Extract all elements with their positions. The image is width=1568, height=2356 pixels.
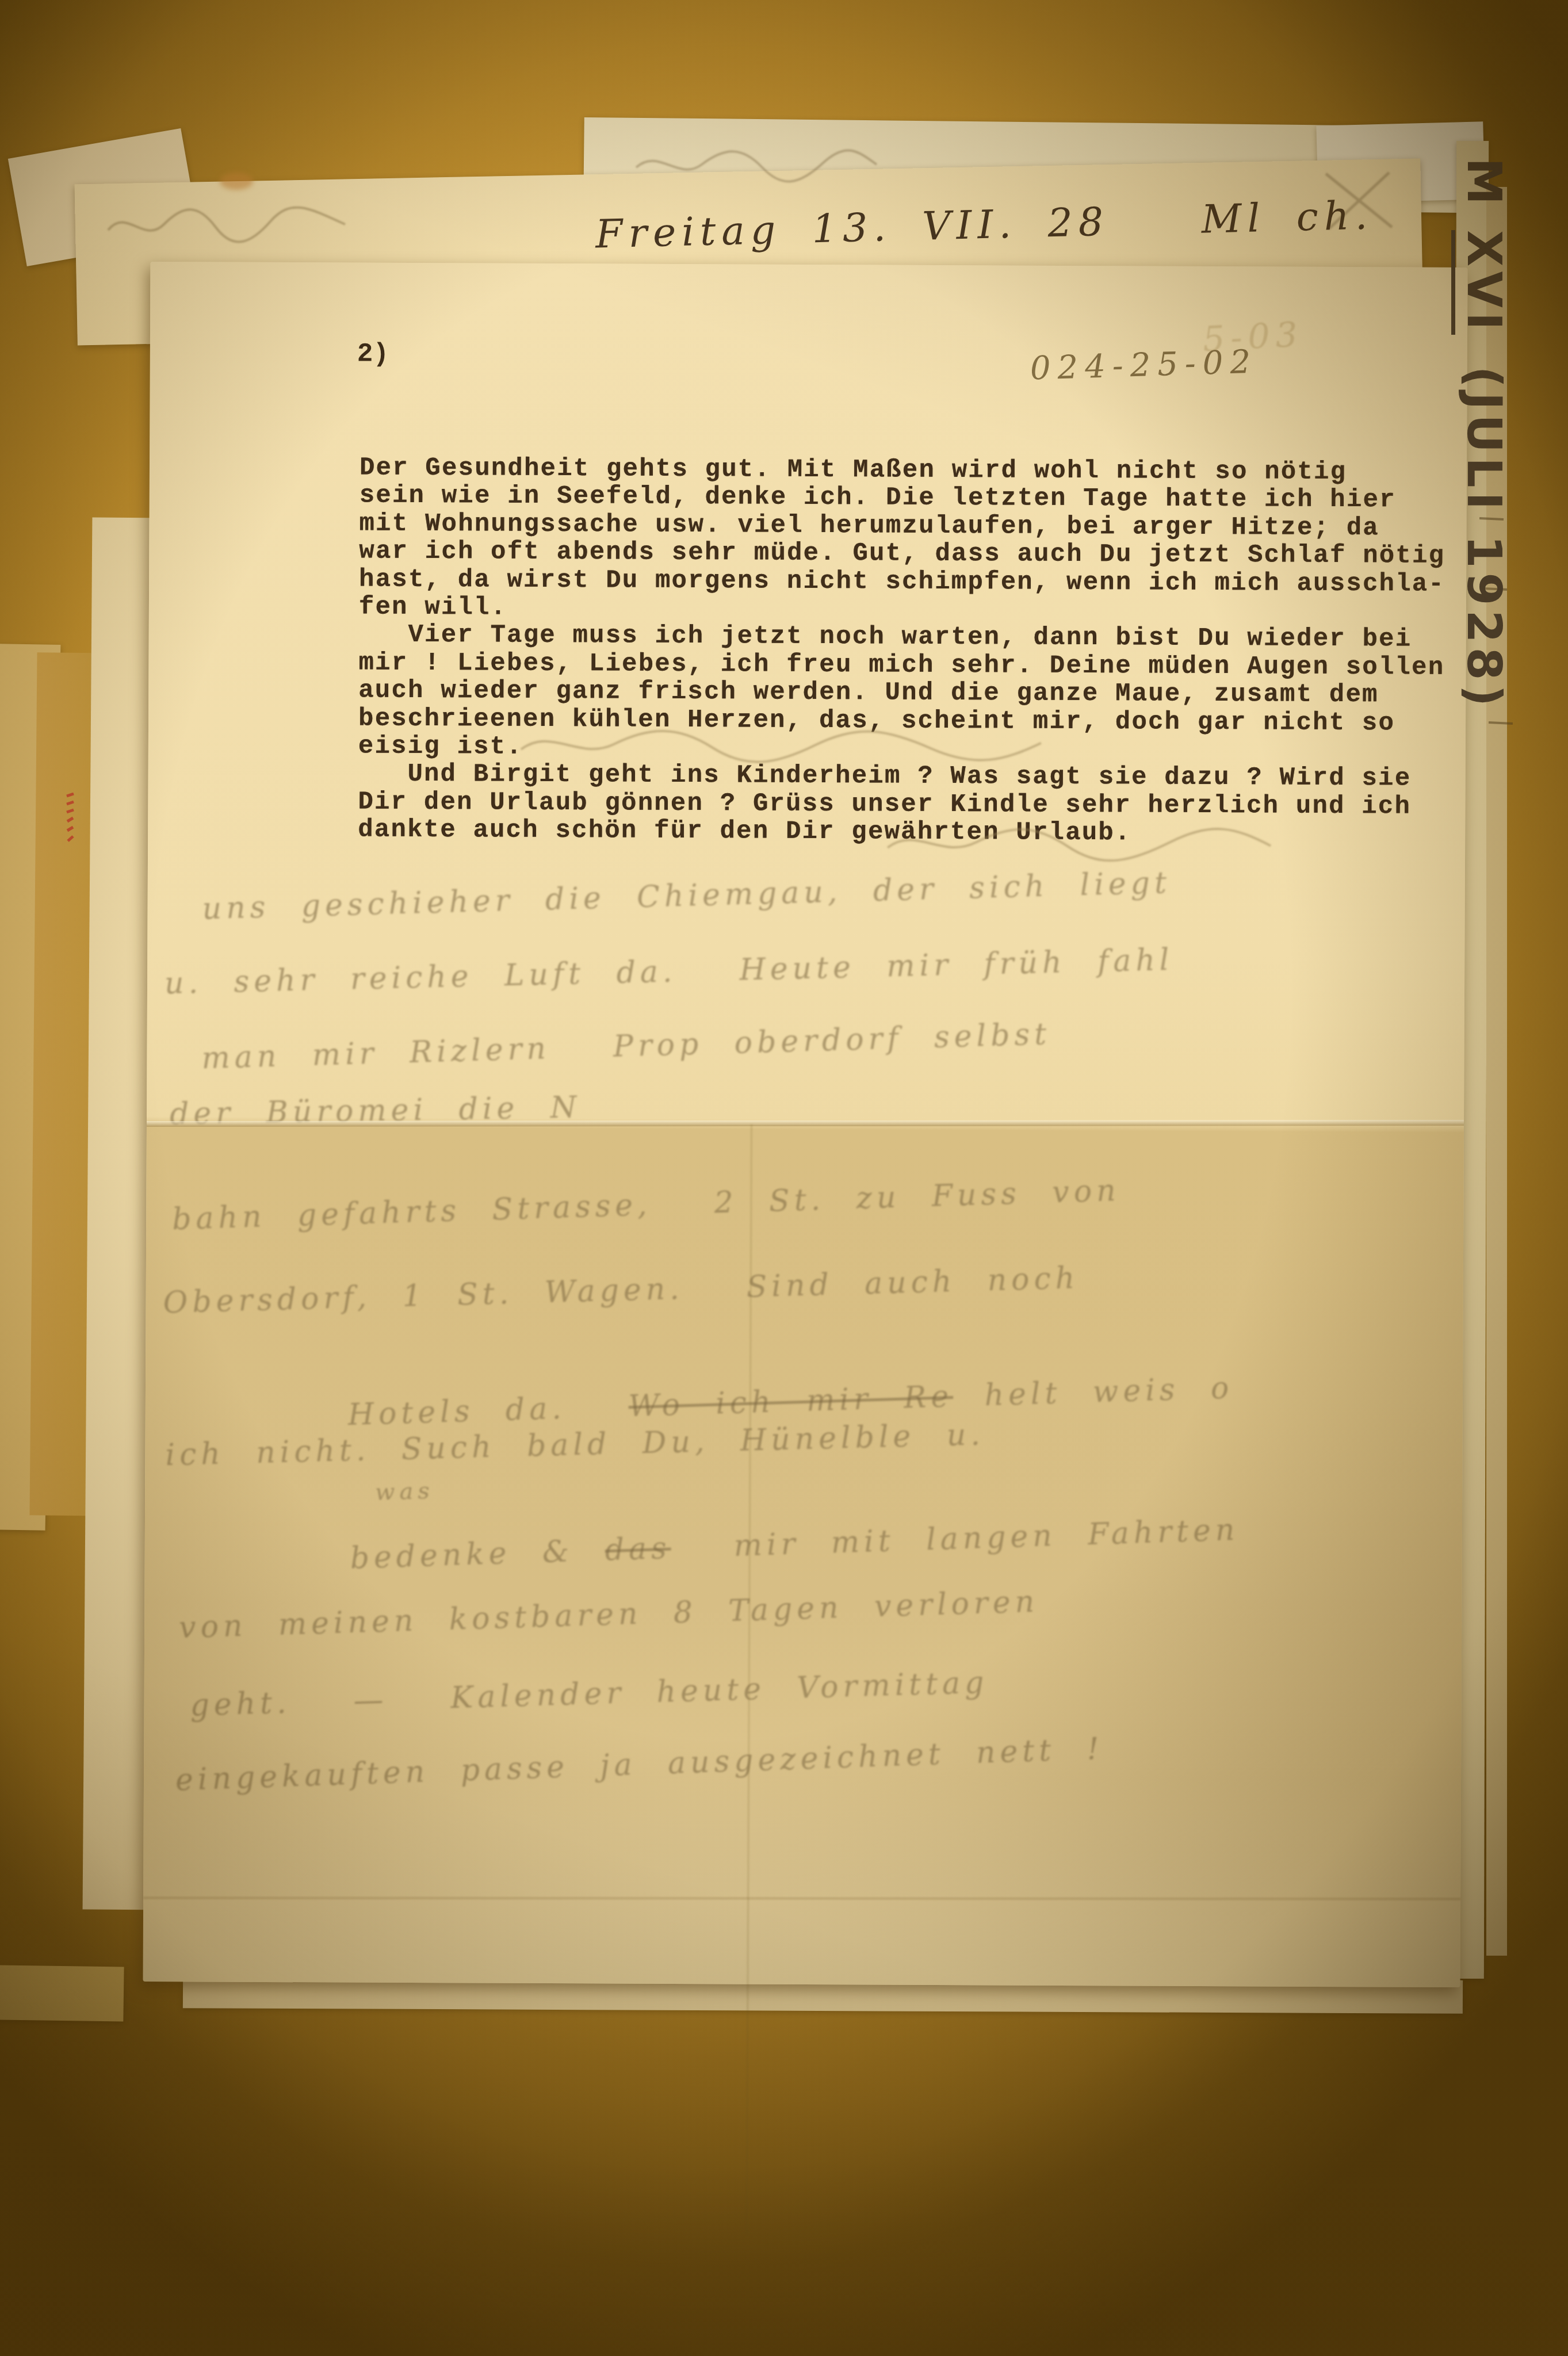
typed-letter-text: Der Gesundheit gehts gut. Mit Maßen wird… [358,454,1464,849]
verso-line: uns geschieher die Chiemgau, der sich li… [202,866,1172,927]
red-stamp-fragment [66,793,75,848]
verso-fragment: bedenke & [350,1533,606,1575]
faint-scribble [104,190,351,253]
archive-marker-vertical: M XVI(JULI 1928) [1506,74,1566,752]
typed-line: hast, da wirst Du morgens nicht schimpfe… [359,565,1463,598]
archive-number: 024-25-02 [1030,343,1258,388]
verso-fragment: Hotels da. [347,1389,629,1432]
foxing-stain [220,173,253,190]
verso-fragment: mir mit langen Fahrten [671,1513,1240,1566]
fold-crease [147,1120,1464,1127]
marker-roman-numeral: XVI [1451,230,1511,334]
lower-crease [143,1896,1460,1900]
page-number: 2) [357,339,389,369]
main-letter-sheet: 2) 5-03 024-25-02 Der Gesundheit gehts g… [143,262,1467,1987]
archive-photo: Freitag 13. VII. 28 Ml ch. 2) 5-03 024-2… [0,0,1568,2356]
verso-fragment: helt weis o [953,1371,1234,1414]
verso-line: Obersdorf, 1 St. Wagen. Sind auch noch [163,1261,1080,1320]
verso-line: u. sehr reiche Luft da. Heute mir früh f… [164,943,1174,1001]
verso-line: man mir Rizlern Prop oberdorf selbst [201,1017,1051,1076]
verso-line: eingekauften passe ja ausgezeichnet nett… [175,1731,1104,1797]
verso-struck-fragment: das [605,1531,672,1568]
verso-inserted-word: was [374,1478,434,1506]
marker-date: (JULI 1928) [1456,366,1511,712]
faint-scribble [884,814,1275,868]
faint-scribble [517,718,1046,769]
marker-prefix: M [1456,158,1511,230]
bottom-left-paper-edge [0,1965,124,2021]
verso-struck-fragment: Wo ich mir Re [628,1379,954,1424]
verso-line: bahn gefahrts Strasse, 2 St. zu Fuss von [171,1173,1120,1237]
faint-scribble [633,136,880,190]
verso-line: geht. — Kalender heute Vormittag [190,1665,989,1723]
